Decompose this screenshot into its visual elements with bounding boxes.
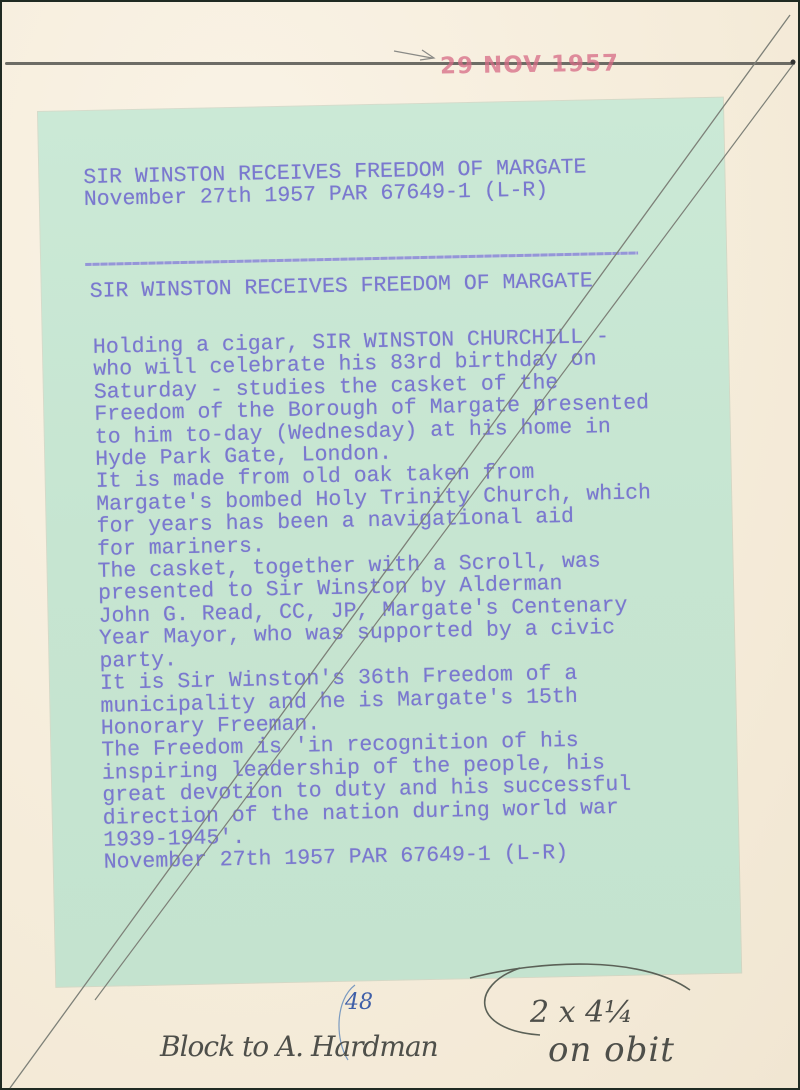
date-stamp: 29 NOV 1957 xyxy=(440,50,619,79)
pencil-arrow-icon xyxy=(392,48,438,62)
handwritten-number: 48 xyxy=(345,990,373,1015)
handwritten-signature: Block to A. Hardman xyxy=(160,1030,438,1063)
caption-subhead: SIR WINSTON RECEIVES FREEDOM OF MARGATE xyxy=(90,270,594,303)
slip-header: SIR WINSTON RECEIVES FREEDOM OF MARGATEN… xyxy=(83,157,587,212)
pencil-rule-line xyxy=(5,62,795,65)
header-divider xyxy=(85,251,638,266)
caption-body: Holding a cigar, SIR WINSTON CHURCHILL -… xyxy=(93,325,659,874)
handwritten-obit-note: on obit xyxy=(548,1030,675,1070)
handwritten-size-note: 2 x 4¼ xyxy=(530,995,633,1030)
press-release-slip: SIR WINSTON RECEIVES FREEDOM OF MARGATEN… xyxy=(38,98,741,987)
